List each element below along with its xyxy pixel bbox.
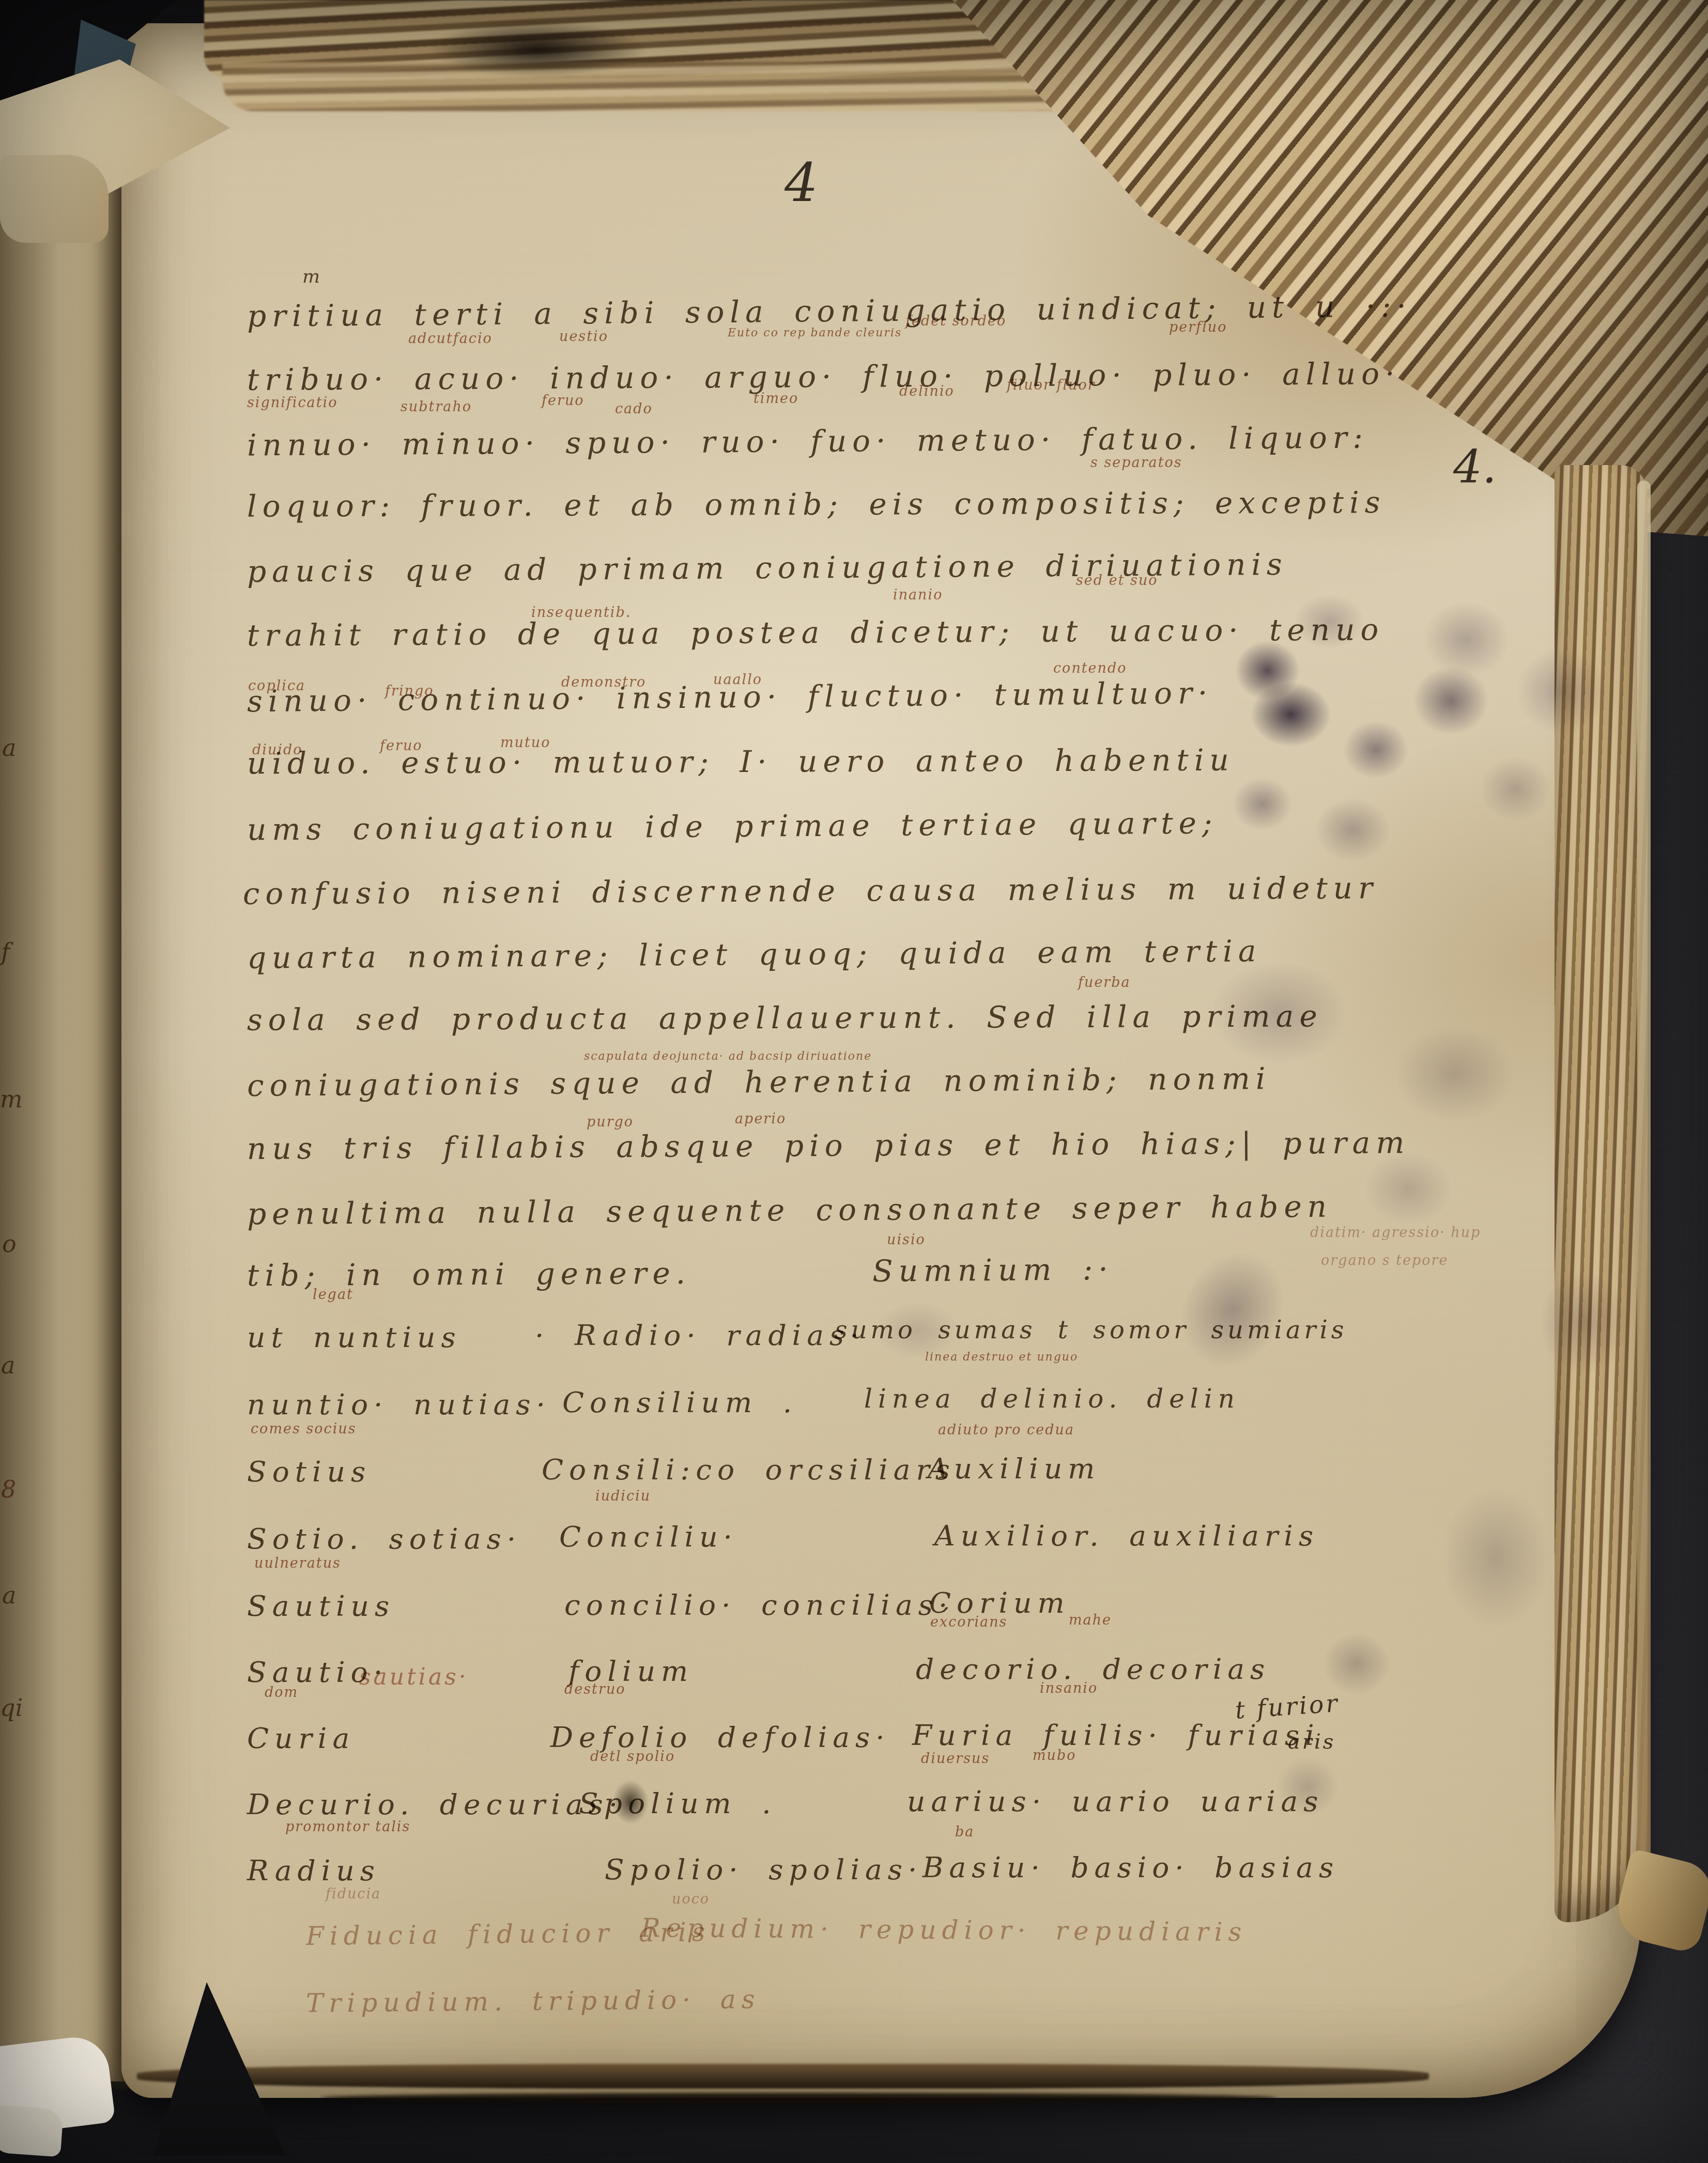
interlinear-gloss: comes socius (251, 1421, 357, 1437)
ink-stain (1315, 798, 1390, 861)
edge-fragment: a (2, 1581, 16, 1609)
interlinear-gloss: adiuto pro cedua (938, 1422, 1074, 1438)
interlinear-gloss: m (302, 266, 321, 287)
edge-fragment: 8 (1, 1475, 16, 1503)
ink-stain (1413, 667, 1488, 735)
text-line: ums coniugationu ide primae tertiae quar… (247, 805, 1218, 847)
column-cell: Auxilior. auxiliaris (934, 1519, 1319, 1552)
column-cell: linea delinio. delin (864, 1384, 1240, 1414)
ink-stain (1344, 721, 1408, 779)
interlinear-gloss: cado (615, 401, 653, 417)
edge-soot-patch (429, 21, 646, 78)
interlinear-gloss: aperio (735, 1111, 786, 1127)
interlinear-gloss: inanio (893, 587, 943, 603)
ink-stain (1251, 682, 1331, 747)
interlinear-gloss: mutuo (500, 735, 551, 751)
interlinear-gloss: uoco (672, 1891, 710, 1907)
interlinear-gloss: linea destruo et unguo (925, 1351, 1078, 1364)
interlinear-gloss: fuerba (1078, 975, 1131, 991)
interlinear-gloss: mahe (1069, 1612, 1112, 1628)
marginal-rubric: organo s tepore (1321, 1253, 1448, 1269)
tail-edge-shadow (320, 2093, 1276, 2103)
interlinear-gloss: contendo (1053, 660, 1127, 676)
column-cell: uarius· uario uarias (907, 1785, 1324, 1818)
interlinear-gloss: detl spolio (590, 1749, 675, 1765)
column-cell: sumo sumas t somor sumiaris (835, 1316, 1347, 1345)
text-line: trahit ratio de qua postea dicetur; ut u… (247, 612, 1384, 653)
interlinear-gloss: mubo (1033, 1748, 1076, 1764)
column-cell: Consili:co orcsiliars (542, 1453, 956, 1486)
column-cell: Furia fuilis· furiasi (912, 1719, 1320, 1752)
interlinear-gloss: scapulata deojuncta· ad bacsip diriuatio… (584, 1050, 872, 1063)
column-cell: Conciliu· (559, 1520, 738, 1553)
ink-stain (1481, 757, 1550, 822)
interlinear-gloss: fiducia (326, 1886, 381, 1902)
interlinear-gloss: timeo (753, 391, 798, 407)
interlinear-gloss: uaallo (713, 672, 762, 688)
interlinear-gloss: significatio (247, 395, 337, 411)
ink-stain (1233, 778, 1292, 830)
column-cell: Auxilium (928, 1452, 1101, 1485)
interlinear-gloss: legat (313, 1287, 353, 1303)
ink-stain (1540, 1271, 1628, 1374)
column-cell: · Radio· radias· (535, 1319, 865, 1352)
text-line: nus tris fillabis absque pio pias et hio… (247, 1125, 1410, 1166)
text-word-sumnium: Sumnium :· (872, 1252, 1114, 1289)
column-cell: Sotio. sotias· (247, 1522, 521, 1555)
interlinear-gloss: iudiciu (595, 1488, 651, 1504)
marginal-rubric: diatim· agressio· hup (1310, 1225, 1481, 1241)
interlinear-gloss: insequentib. (531, 605, 631, 621)
faded-text-line: Tripudium. tripudio· as (306, 1984, 761, 2018)
column-cell: Radius (247, 1854, 380, 1887)
interlinear-gloss: purgo (587, 1114, 634, 1130)
interlinear-gloss: s separatos (1090, 455, 1182, 471)
column-cell: Basiu· basio· basias (922, 1851, 1339, 1884)
ink-stain (1517, 648, 1607, 734)
interlinear-gloss: subtraho (401, 399, 472, 415)
interlinear-gloss: ba (955, 1824, 974, 1840)
interlinear-gloss: perfluo (1169, 319, 1227, 335)
interlinear-gloss: fedet sordeo (905, 313, 1006, 329)
interlinear-gloss: adcutfacio (408, 331, 493, 347)
margin-note: aris (1288, 1730, 1335, 1754)
column-cell: ut nuntius (247, 1321, 461, 1354)
interlinear-gloss: diuido (252, 742, 302, 758)
edge-fragment: qi (0, 1694, 23, 1722)
column-cell: Sautius (247, 1589, 395, 1623)
interlinear-gloss: Euto co rep bande cleuris (728, 327, 902, 339)
interlinear-gloss: insanio (1040, 1680, 1098, 1696)
page-number-top: 4 (784, 152, 818, 214)
faded-text-line: Repudium· repudior· repudiaris (641, 1913, 1248, 1947)
column-cell: concilio· concilias· (564, 1588, 953, 1621)
interlinear-gloss: filuor fluor (1007, 377, 1096, 393)
edge-fragment: f (1, 938, 10, 966)
interlinear-gloss: promontor talis (285, 1819, 410, 1835)
fore-edge-rim (1637, 481, 1651, 1876)
edge-fragment: a (1, 1351, 15, 1379)
column-cell: Consilium . (562, 1386, 797, 1419)
column-cell: nuntio· nutias· (247, 1388, 551, 1421)
column-cell: Decurio. decurias· (247, 1788, 623, 1821)
edge-fragment: o (2, 1230, 17, 1258)
interlinear-gloss: diuersus (921, 1751, 990, 1767)
interlinear-gloss: uisio (887, 1232, 926, 1248)
text-line: quarta nominare; licet quoq; quida eam t… (247, 933, 1262, 976)
ink-stain (1323, 1633, 1390, 1695)
column-cell: Spolium . (579, 1787, 777, 1820)
text-line: tribuo· acuo· induo· arguo· fluo· polluo… (247, 356, 1401, 397)
interlinear-gloss: uestio (559, 329, 608, 345)
interlinear-gloss: dom (265, 1685, 298, 1701)
column-cell: Sotius (247, 1455, 371, 1488)
text-line: confusio niseni discernende causa melius… (243, 870, 1378, 911)
ink-stain (1424, 602, 1509, 677)
ink-stain (1395, 1026, 1514, 1121)
interlinear-gloss: feruo (542, 393, 584, 409)
manuscript-photo: { "document": { "description_label": "pa… (0, 0, 1708, 2163)
edge-fragment: a (2, 734, 16, 762)
column-cell: Spolio· spolias· (605, 1853, 922, 1886)
text-line: sola sed producta appellauerunt. Sed ill… (247, 998, 1323, 1037)
interlinear-gloss: demonstro (561, 674, 646, 690)
text-line: coniugationis sque ad herentia nominib; … (247, 1061, 1271, 1103)
interlinear-gloss: coplica (248, 678, 305, 694)
interlinear-gloss: destruo (564, 1681, 626, 1697)
ink-stain (1364, 1152, 1452, 1225)
interlinear-gloss: delinio (899, 383, 955, 399)
interlinear-gloss: uulneratus (254, 1555, 341, 1571)
tail-edge-shadow (137, 2064, 1429, 2089)
edge-fragment: m (0, 1085, 23, 1113)
loose-parchment-flap (0, 155, 109, 243)
interlinear-gloss: fringo (385, 683, 434, 699)
column-cell: Curia (247, 1722, 355, 1755)
interlinear-gloss: feruo (380, 738, 423, 754)
ink-stain (1442, 1488, 1550, 1628)
text-line: loquor: fruor. et ab omnib; eis composit… (247, 485, 1386, 524)
interlinear-gloss: excorians (930, 1614, 1007, 1630)
interlinear-gloss: sed et suo (1076, 573, 1158, 589)
folio-number-margin: 4. (1453, 440, 1497, 493)
paper-scrap (0, 2105, 64, 2157)
rubric-word: sautias· (359, 1664, 469, 1690)
